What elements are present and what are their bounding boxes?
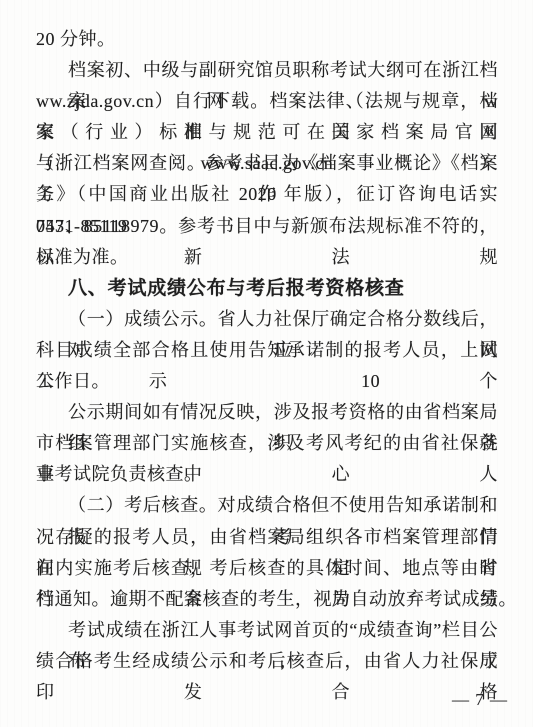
- text-line-5: 与浙江档案网查阅。参考书目为《档案事业概论》《档案工作实: [36, 148, 498, 179]
- text-line-11: 科目成绩全部合格且使用告知承诺制的报考人员，上网公示 10 个: [36, 335, 498, 366]
- text-line-6: 务》（中国商业出版社 2020 年版），征订咨询电话：0571-85119: [36, 179, 498, 210]
- text-line-20: 考试成绩在浙江人事考试网首页的“成绩查询”栏目公布,成: [36, 615, 498, 646]
- page-number: — 7 —: [452, 689, 508, 711]
- text-line-1: 20 分钟。: [36, 24, 498, 55]
- text-line-2: 档案初、中级与副研究馆员职称考试大纲可在浙江档案网（w: [36, 55, 498, 86]
- text-line-3: ww.zjda.gov.cn）自行下载。档案法律、法规与规章，档案相关国: [36, 86, 498, 117]
- text-line-17: 况存疑的报考人员，由省档案局组织各市档案管理部门在规定时: [36, 522, 498, 553]
- section-heading: 八、考试成绩公布与考后报考资格核查: [36, 273, 498, 304]
- document-body: 20 分钟。档案初、中级与副研究馆员职称考试大纲可在浙江档案网（www.zjda…: [36, 24, 498, 677]
- text-line-21: 绩合格考生经成绩公示和考后核查后，由省人力社保厅印发合格: [36, 646, 498, 677]
- text-line-18: 间内实施考后核查，考后核查的具体时间、地点等由省档案局另: [36, 553, 498, 584]
- text-line-14: 市档案管理部门实施核查，涉及考风考纪的由省社保就业中心人: [36, 428, 498, 459]
- text-line-4: 家（行业）标准与规范可在国家档案局官网（www.saac.gov.cn）: [36, 117, 498, 148]
- text-line-16: （二）考后核查。对成绩合格但不使用告知承诺制和报考情: [36, 490, 498, 521]
- text-line-7: 743、85118979。参考书目中与新颁布法规标准不符的，以新法规: [36, 211, 498, 242]
- text-line-19: 行通知。逾期不配合核查的考生，视为自动放弃考试成绩。: [36, 584, 498, 615]
- document-page: 20 分钟。档案初、中级与副研究馆员职称考试大纲可在浙江档案网（www.zjda…: [0, 0, 533, 727]
- text-line-10: （一）成绩公示。省人力社保厅确定合格分数线后，对应试: [36, 304, 498, 335]
- text-line-13: 公示期间如有情况反映，涉及报考资格的由省档案局组织各: [36, 397, 498, 428]
